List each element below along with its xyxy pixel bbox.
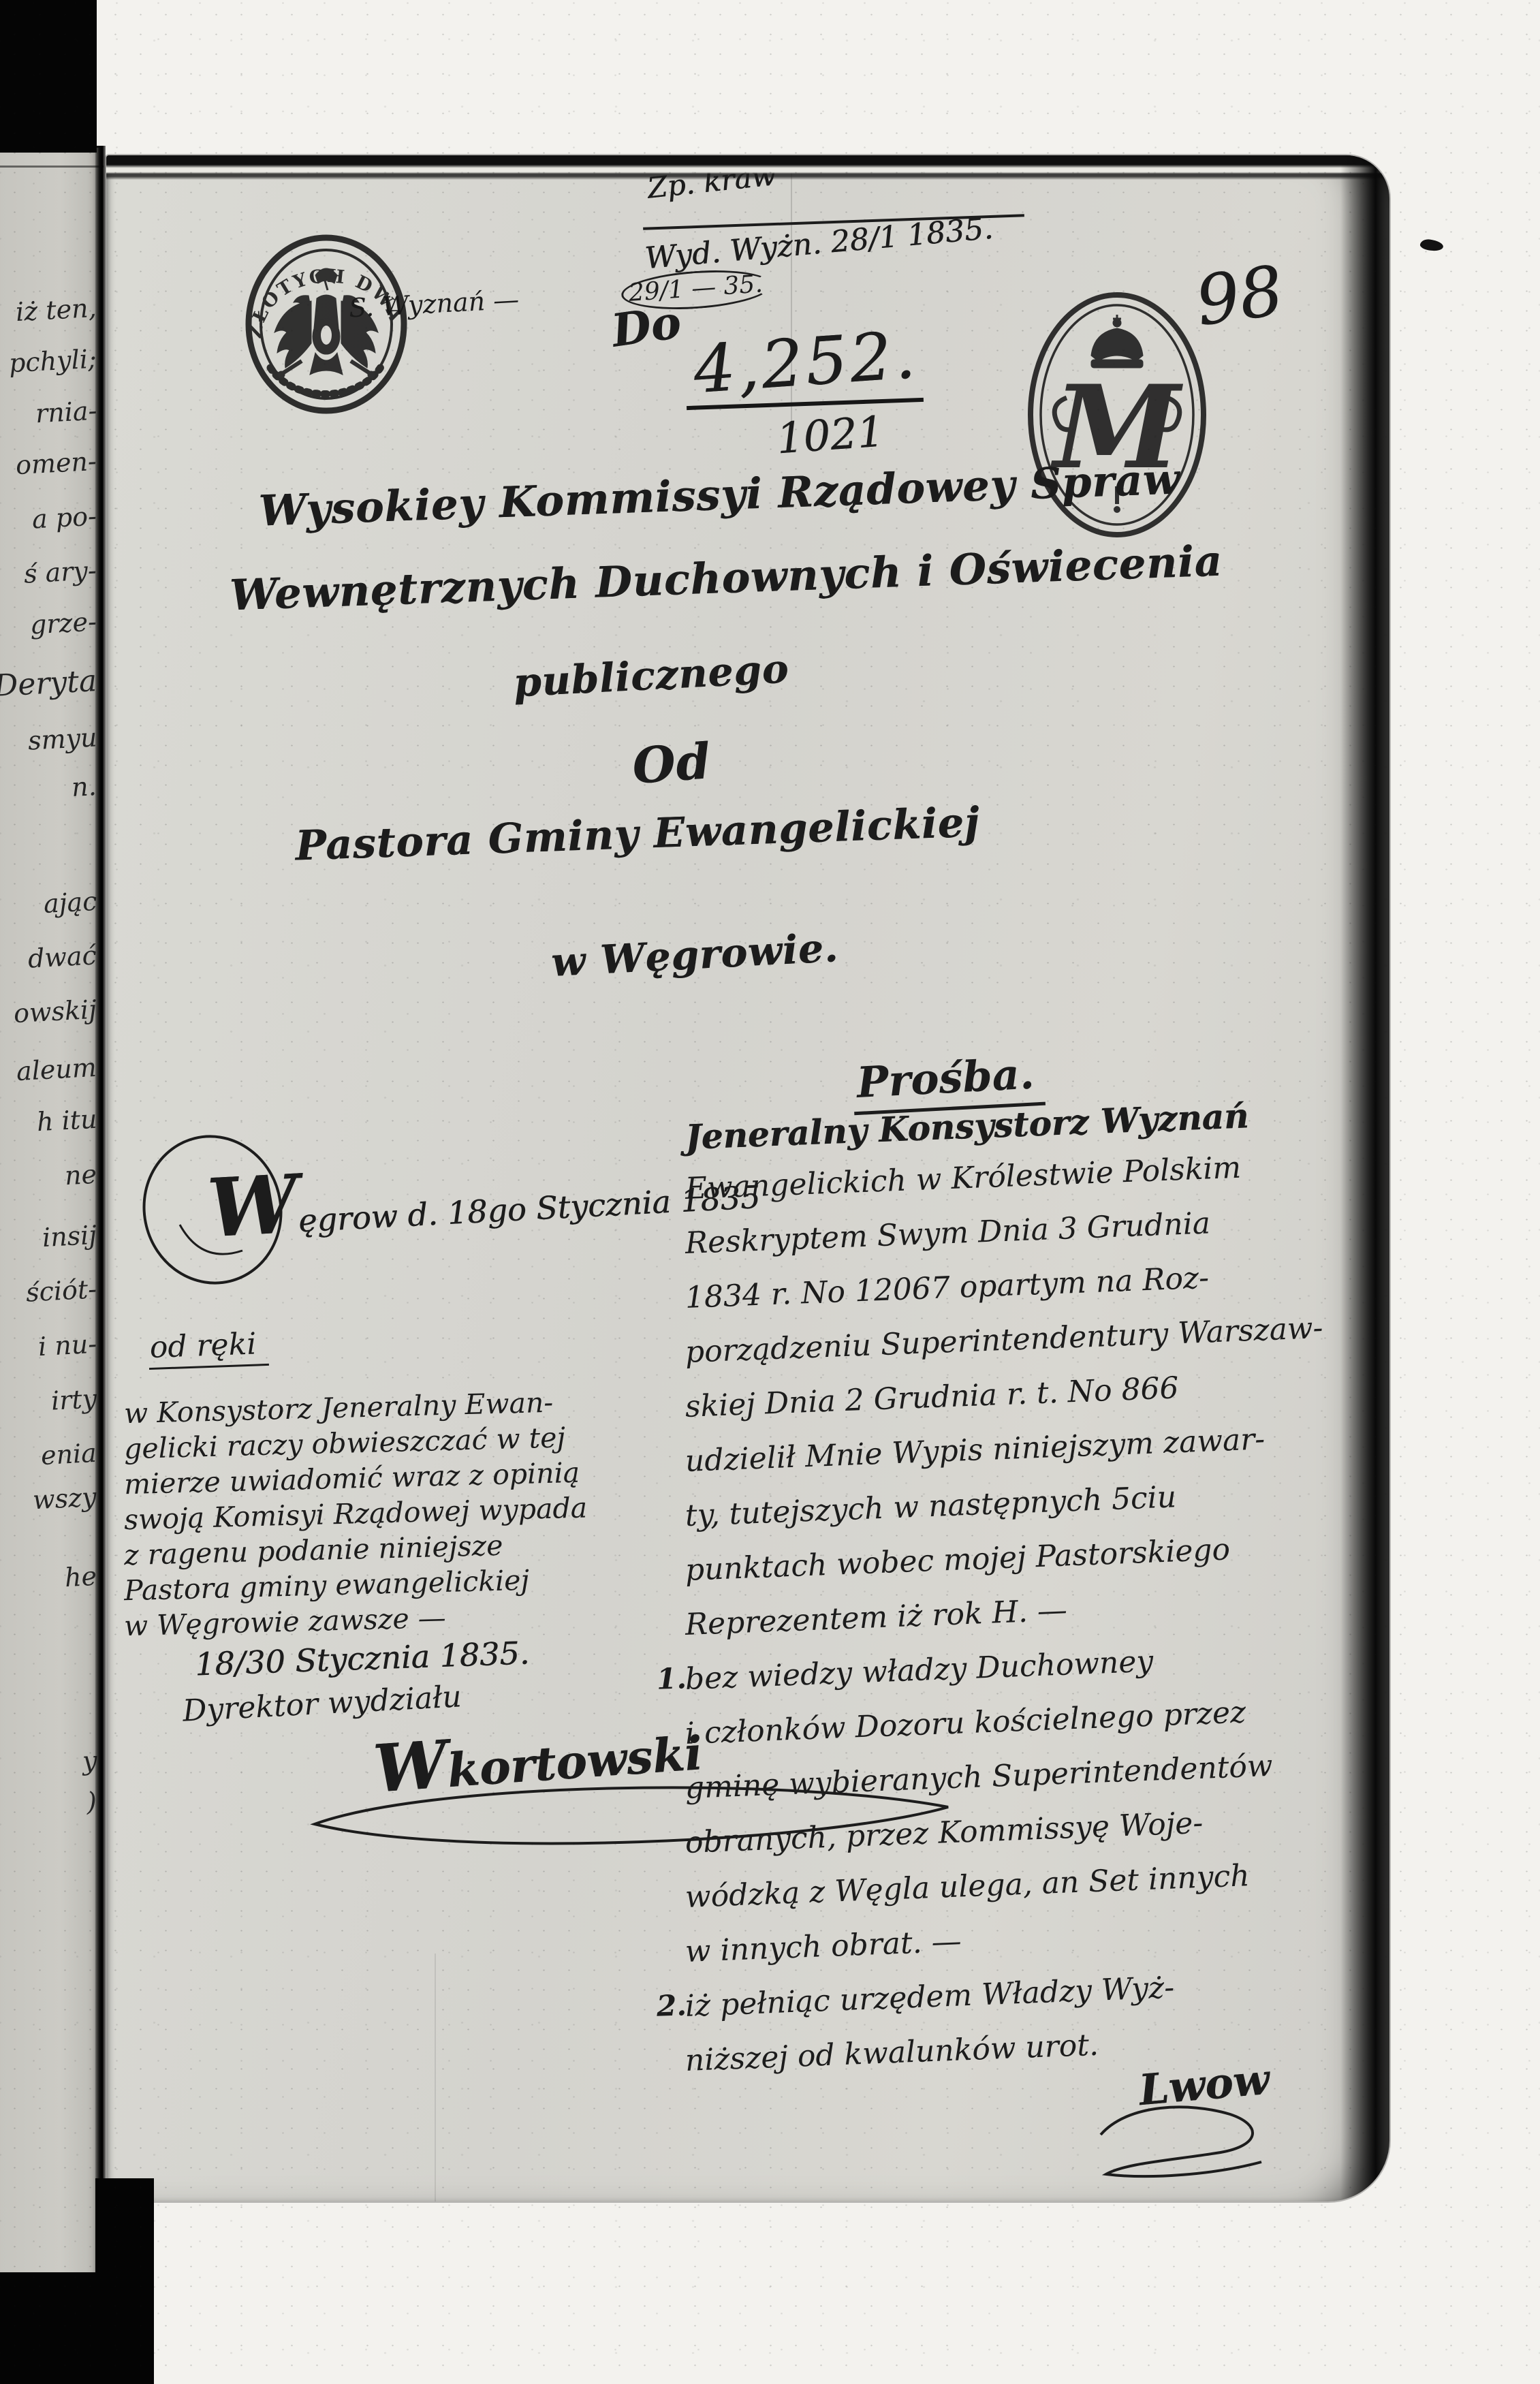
revenue-stamp-eagle: ZŁOTYCH DWA [243, 233, 409, 415]
adjacent-page-text-fragment: ając [43, 886, 98, 919]
photo-corner-black-bottom-left [0, 2272, 104, 2384]
adjacent-page-text-fragment: insij [42, 1220, 97, 1253]
heading-line-4: Pastora Gminy Ewangelickiej [160, 794, 1115, 875]
heading-line-2: Wewnętrznych Duchownych i Oświecenia [174, 534, 1278, 622]
photo-corner-black-top-left [0, 0, 97, 153]
heading-from-label: Od [601, 730, 741, 797]
adjacent-page-text-fragment: dwać [27, 940, 97, 973]
heading-line-5: w Węgrowie. [456, 920, 934, 991]
adjacent-page-text-fragment: grze- [29, 606, 97, 640]
adjacent-page-text-fragment: aleum [16, 1052, 97, 1086]
right-body-line: iż pełniąc urzędem Władzy Wyż- [685, 1961, 1389, 2024]
adjacent-page-text-fragment: smyu [27, 722, 97, 755]
adjacent-page-text-fragment: ne [64, 1159, 97, 1191]
adjacent-page-text-fragment: iż ten, [15, 293, 97, 327]
adjacent-page-text-fragment: n. [71, 771, 97, 802]
adjacent-page-text-fragment: i nu- [37, 1329, 97, 1362]
right-body-line: gminę wybieranych Superintendentów [685, 1743, 1389, 1806]
right-body-line: bez wiedzy władzy Duchowney [685, 1634, 1389, 1697]
right-body-line: niższej od kwalunków urot. [685, 2016, 1389, 2078]
adjacent-page-text-fragment: he [64, 1561, 97, 1593]
manuscript-page: Zp. kraw Wyd. Wyżn. 28/1 1835. S. Wyznań… [106, 155, 1389, 2201]
page-top-edge [106, 155, 1389, 180]
right-body-line: udzielił Mnie Wypis niniejszym zawar- [685, 1416, 1389, 1479]
page-binding-edge [1340, 155, 1389, 2201]
right-body-line: skiej Dnia 2 Grudnia r. t. No 866 [685, 1362, 1389, 1424]
right-body-line: 1834 r. No 12067 opartym na Roz- [685, 1253, 1389, 1315]
scan-speck [1419, 238, 1444, 253]
adjacent-page-text-fragment: irty [50, 1383, 97, 1415]
scanned-document-photo: iż ten, pchyli; rnia- omen- a po- ś ary-… [0, 0, 1540, 2384]
adjacent-page-text-fragment: ś ary- [23, 555, 97, 589]
right-body-line: porządzeniu Superintendentury Warszaw- [685, 1307, 1389, 1370]
adjacent-page-text-fragment: wszy [32, 1482, 97, 1516]
photo-corner-black-bottom-left-inner [95, 2178, 154, 2384]
case-subnumber: 1021 [775, 407, 886, 464]
adjacent-page-text-fragment: h itu [35, 1104, 97, 1138]
adjacent-page-text-fragment: omen- [15, 446, 97, 480]
adjacent-page-strip: iż ten, pchyli; rnia- omen- a po- ś ary-… [0, 146, 101, 2295]
do-label: Do [608, 295, 684, 357]
right-body-line: i członków Dozoru kościelnego przez [685, 1689, 1389, 1751]
item-marker-1: 1. [656, 1661, 687, 1696]
right-body-line: w innych obrat. — [685, 1907, 1389, 1969]
heading-line-3: publicznego [310, 635, 992, 717]
adjacent-page-text-fragment: enia [40, 1438, 97, 1471]
adjacent-page-text-fragment: a po- [31, 501, 97, 535]
adjacent-page-text-fragment: owskij [13, 994, 97, 1029]
left-column-date: 18/30 Stycznia 1835. [194, 1634, 530, 1682]
paper-crease [435, 1954, 436, 2201]
od-reki-note: od ręki [148, 1326, 269, 1370]
right-body-line: ty, tutejszych w następnych 5ciu [685, 1471, 1389, 1533]
right-body-line: punktach wobec mojej Pastorskiego [685, 1525, 1389, 1588]
right-body-line: Reprezentem iż rok H. — [685, 1580, 1389, 1642]
adjacent-page-text-fragment: ściót- [25, 1274, 97, 1307]
adjacent-page-text-fragment: rnia- [35, 396, 97, 429]
right-signature-flourish [1087, 2101, 1291, 2182]
page-gutter-shadow [95, 146, 106, 2302]
case-number: 4,252. [691, 317, 920, 409]
signer-role: Dyrektor wydziału [182, 1679, 462, 1728]
adjacent-page-text-fragment: Deryta [0, 663, 97, 704]
adjacent-page-text-fragment: pchyli; [8, 344, 97, 379]
right-body-line: Reskryptem Swym Dnia 3 Grudnia [685, 1198, 1389, 1261]
item-marker-2: 2. [656, 1988, 687, 2023]
